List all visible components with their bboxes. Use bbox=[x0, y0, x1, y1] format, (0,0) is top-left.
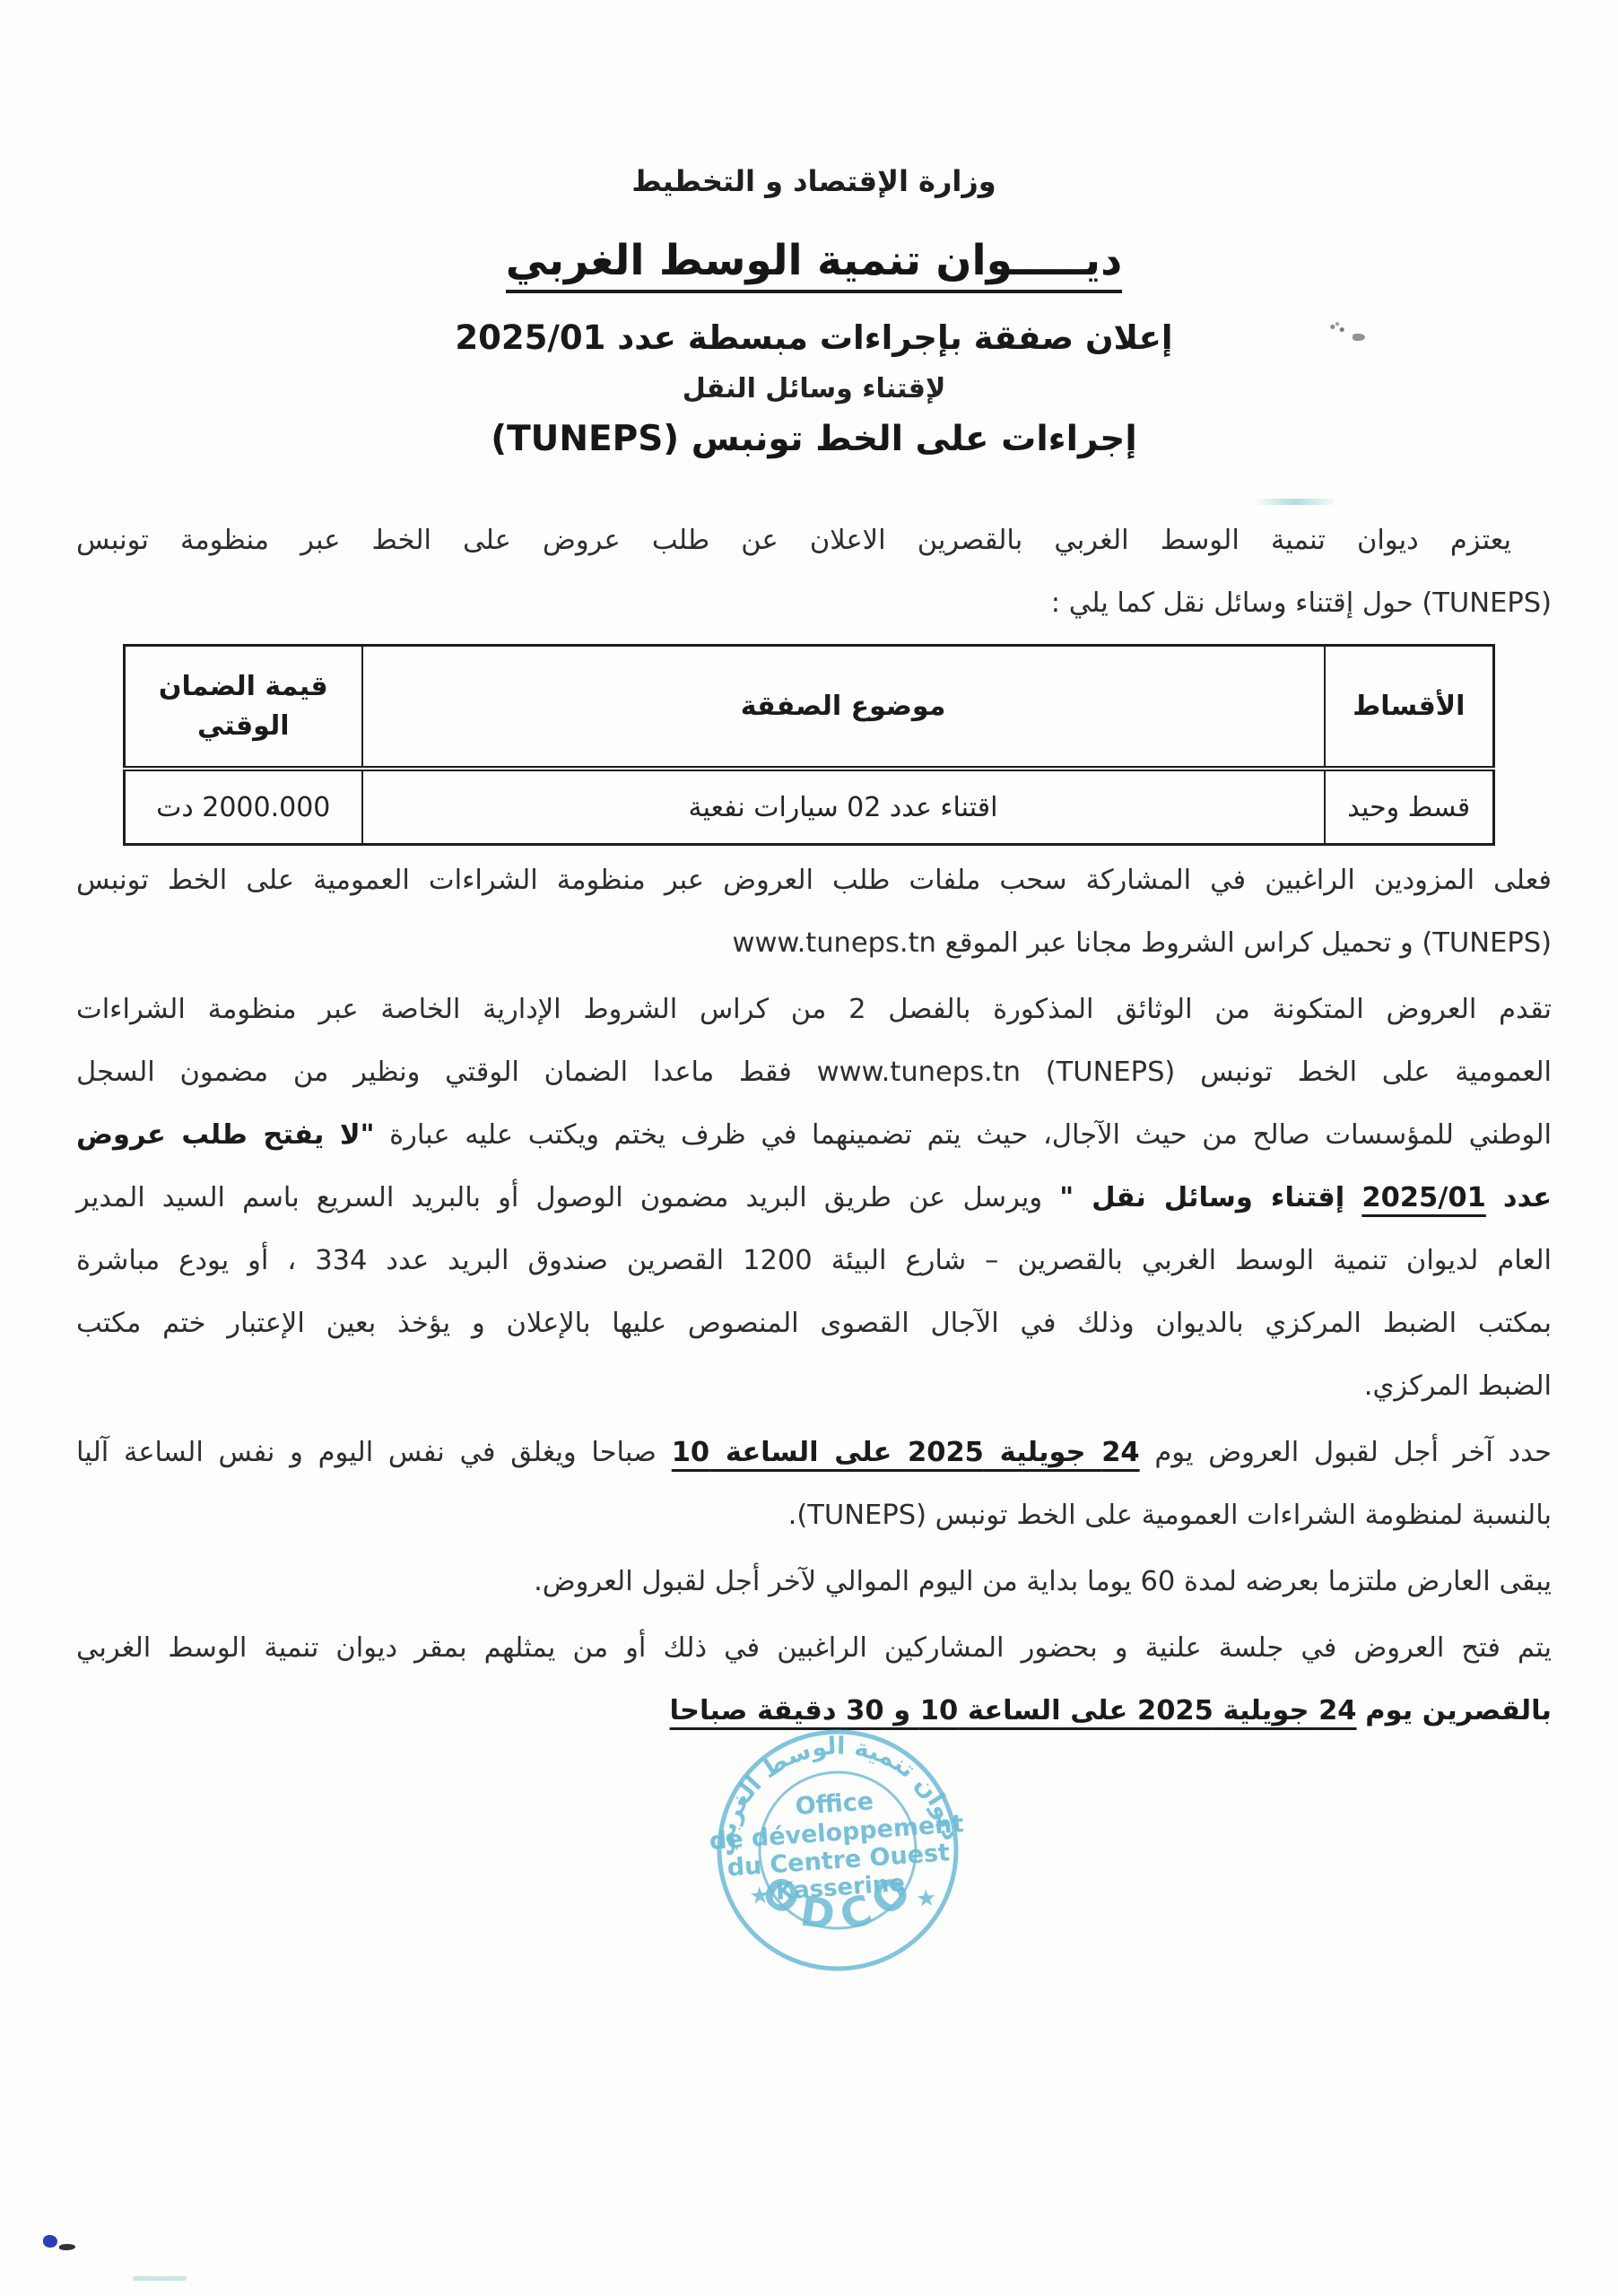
intro-line-2: (TUNEPS) حول إقتناء وسائل نقل كما يلي : bbox=[76, 572, 1552, 635]
validity-line: يبقى العارض ملتزما بعرضه لمدة 60 يوما بد… bbox=[76, 1551, 1552, 1613]
submission-line-7: الضبط المركزي. bbox=[76, 1355, 1552, 1418]
office-title-text: ديـــــوان تنمية الوسط الغربي bbox=[506, 236, 1122, 293]
notice-subject: إقتناء وسائل نقل " bbox=[1059, 1182, 1344, 1213]
submission-line-2-ar1: العمومية على الخط تونبس bbox=[1200, 1057, 1552, 1088]
tuneps-label: (TUNEPS) bbox=[1422, 912, 1552, 975]
deadline-rest: صباحا ويغلق في نفس اليوم و نفس الساعة آل… bbox=[76, 1437, 657, 1468]
purpose-subtitle: لإقتناء وسائل النقل bbox=[76, 373, 1552, 404]
tuneps-label: (TUNEPS) bbox=[1422, 572, 1552, 635]
tuneps-url: www.tuneps.tn bbox=[733, 912, 936, 975]
notice-number-value: 2025/01 bbox=[1361, 1182, 1485, 1213]
scan-artifact-mark bbox=[1353, 334, 1365, 341]
deadline-line-2: بالنسبة لمنظومة الشراءات العمومية على ال… bbox=[76, 1484, 1552, 1547]
opening-place: بالقصرين يوم bbox=[1365, 1695, 1552, 1726]
submission-line-3: الوطني للمؤسسات صالح من حيث الآجال، حيث … bbox=[76, 1104, 1552, 1167]
notice-number-label: عدد bbox=[1503, 1182, 1552, 1213]
office-title: ديـــــوان تنمية الوسط الغربي bbox=[76, 236, 1552, 293]
tuneps-label: (TUNEPS) bbox=[1046, 1041, 1176, 1104]
ink-dot-blue bbox=[43, 2235, 57, 2248]
scan-artifact-smudge bbox=[133, 2276, 187, 2281]
scanned-tender-document: وزارة الإقتصاد و التخطيط ديـــــوان تنمي… bbox=[0, 0, 1618, 2296]
participation-line-2: (TUNEPS) و تحميل كراس الشروط مجانا عبر ا… bbox=[76, 912, 1552, 975]
submission-line-2-ar2: فقط ماعدا الضمان الوقتي ونظير من مضمون ا… bbox=[76, 1057, 792, 1088]
cell-guarantee: 2000.000 دت bbox=[125, 769, 362, 845]
intro-line-2-text: حول إقتناء وسائل نقل كما يلي : bbox=[1051, 587, 1414, 619]
participation-line-2-text: و تحميل كراس الشروط مجانا عبر الموقع bbox=[945, 927, 1414, 959]
table-header-row: الأقساط موضوع الصفقة قيمة الضمان الوقتي bbox=[125, 646, 1494, 770]
submission-line-6: بمكتب الضبط المركزي بالديوان وذلك في الآ… bbox=[76, 1292, 1552, 1355]
stamp-office-line: Office bbox=[795, 1787, 874, 1821]
ministry-title: وزارة الإقتصاد و التخطيط bbox=[76, 0, 1552, 198]
deadline-line-2-text: بالنسبة لمنظومة الشراءات العمومية على ال… bbox=[935, 1500, 1552, 1531]
lots-table: الأقساط موضوع الصفقة قيمة الضمان الوقتي … bbox=[123, 644, 1495, 846]
sentence-period: . bbox=[788, 1500, 797, 1531]
procedure-arabic: إجراءات على الخط تونبس bbox=[692, 419, 1137, 459]
validity-paragraph: يبقى العارض ملتزما بعرضه لمدة 60 يوما بد… bbox=[76, 1551, 1552, 1613]
official-round-stamp: ديوان تنمية الوسط الغربي Office de dével… bbox=[690, 1702, 987, 1999]
scan-artifact-scribble bbox=[1326, 321, 1349, 335]
scan-artifact-smudge bbox=[1254, 499, 1335, 505]
tuneps-label: (TUNEPS) bbox=[491, 419, 679, 459]
deadline-date: 24 جويلية 2025 على الساعة 10 bbox=[672, 1437, 1140, 1468]
participation-line-1: فعلى المزودين الراغبين في المشاركة سحب م… bbox=[76, 849, 1552, 912]
guarantee-header-line2: الوقتي bbox=[126, 707, 361, 746]
column-header-subject: موضوع الصفقة bbox=[362, 646, 1325, 770]
submission-line-5: العام لديوان تنمية الوسط الغربي بالقصرين… bbox=[76, 1230, 1552, 1292]
cell-installment: قسط وحيد bbox=[1325, 769, 1494, 845]
deadline-paragraph: حدد آخر أجل لقبول العروض يوم 24 جويلية 2… bbox=[76, 1422, 1552, 1547]
column-header-installments: الأقساط bbox=[1325, 646, 1494, 770]
star-icon: ★ bbox=[748, 1882, 770, 1910]
submission-line-1: تقدم العروض المتكونة من الوثائق المذكورة… bbox=[76, 978, 1552, 1041]
star-icon: ★ bbox=[915, 1884, 937, 1913]
intro-line-1: يعتزم ديوان تنمية الوسط الغربي بالقصرين … bbox=[76, 509, 1552, 572]
document-body: وزارة الإقتصاد و التخطيط ديـــــوان تنمي… bbox=[76, 0, 1552, 1743]
procedure-subtitle: إجراءات على الخط تونبس (TUNEPS) bbox=[76, 419, 1552, 459]
deadline-line-1: حدد آخر أجل لقبول العروض يوم 24 جويلية 2… bbox=[76, 1422, 1552, 1484]
intro-paragraph: يعتزم ديوان تنمية الوسط الغربي بالقصرين … bbox=[76, 509, 1552, 635]
cell-subject: اقتناء عدد 02 سيارات نفعية bbox=[362, 769, 1325, 845]
opening-line-1: يتم فتح العروض في جلسة علنية و بحضور الم… bbox=[76, 1617, 1552, 1680]
ink-smudge-black bbox=[59, 2244, 75, 2250]
submission-line-4: عدد 2025/01 إقتناء وسائل نقل " ويرسل عن … bbox=[76, 1167, 1552, 1230]
deadline-intro: حدد آخر أجل لقبول العروض يوم bbox=[1154, 1437, 1552, 1468]
participation-paragraph: فعلى المزودين الراغبين في المشاركة سحب م… bbox=[76, 849, 1552, 975]
tuneps-label: (TUNEPS) bbox=[796, 1484, 926, 1547]
submission-line-3-text: الوطني للمؤسسات صالح من حيث الآجال، حيث … bbox=[389, 1119, 1552, 1151]
submission-paragraph: تقدم العروض المتكونة من الوثائق المذكورة… bbox=[76, 978, 1552, 1418]
guarantee-header-line1: قيمة الضمان bbox=[126, 667, 361, 707]
column-header-guarantee: قيمة الضمان الوقتي bbox=[125, 646, 362, 770]
tuneps-url: www.tuneps.tn bbox=[817, 1041, 1021, 1104]
table-row: قسط وحيد اقتناء عدد 02 سيارات نفعية 2000… bbox=[125, 769, 1494, 845]
do-not-open-notice: "لا يفتح طلب عروض bbox=[76, 1119, 374, 1151]
submission-line-4-rest: ويرسل عن طريق البريد مضمون الوصول أو بال… bbox=[76, 1182, 1042, 1213]
submission-line-2: العمومية على الخط تونبس (TUNEPS) www.tun… bbox=[76, 1041, 1552, 1104]
